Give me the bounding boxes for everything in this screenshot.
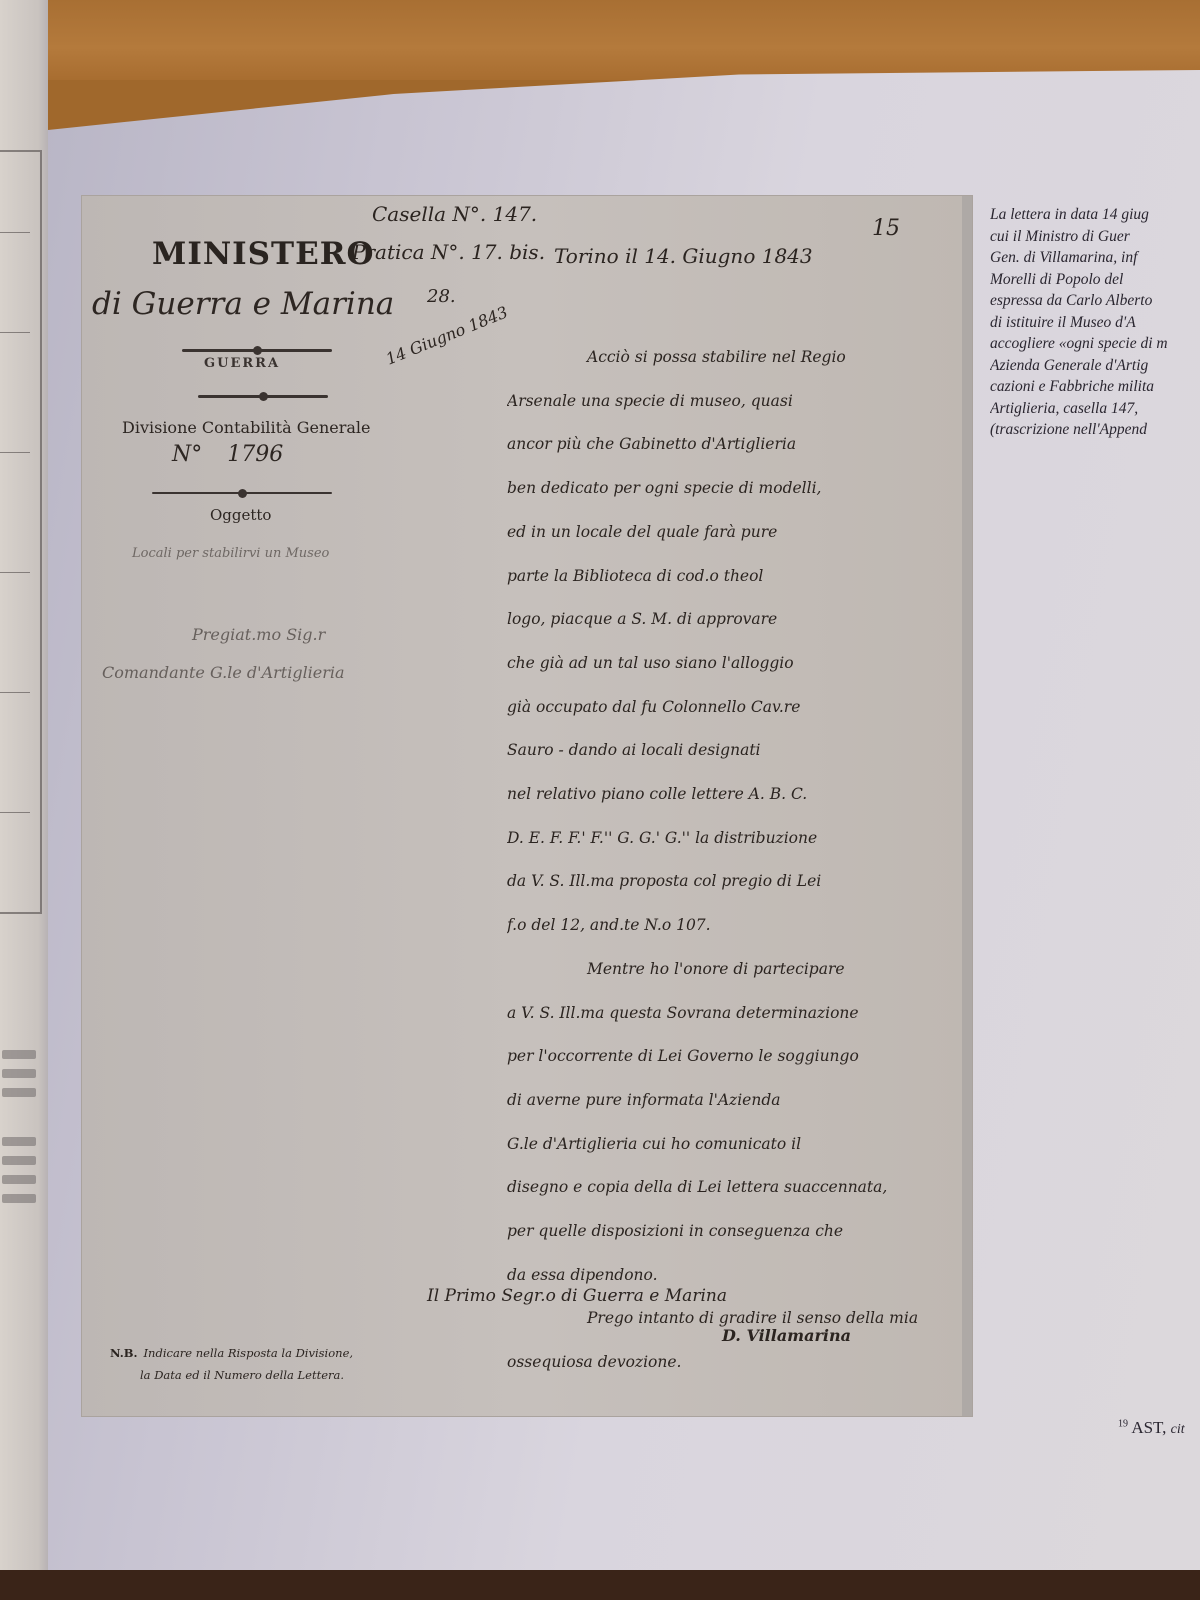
letterhead-title: MINISTERO (152, 236, 375, 272)
body-line: disegno e copia della di Lei lettera sua… (507, 1166, 947, 1210)
caption-line: La lettera in data 14 giug (990, 204, 1200, 226)
signature: D. Villamarina (722, 1326, 851, 1345)
page-mark: 15 (872, 216, 900, 241)
footnote-italic: cit (1171, 1422, 1185, 1437)
caption-line: di istituire il Museo d'A (990, 312, 1200, 334)
body-line: D. E. F. F.' F.'' G. G.' G.'' la distrib… (507, 817, 947, 861)
body-line: da V. S. Ill.ma proposta col pregio di L… (507, 860, 947, 904)
subject-label: Oggetto (210, 506, 271, 524)
caption-line: Gen. di Villamarina, inf (990, 247, 1200, 269)
letterhead-division: Divisione Contabilità Generale (122, 418, 371, 437)
body-line: che già ad un tal uso siano l'alloggio (507, 642, 947, 686)
footnote-text: AST, (1131, 1418, 1166, 1437)
number-label: N° (172, 442, 202, 467)
body-line: ben dedicato per ogni specie di modelli, (507, 467, 947, 511)
wooden-table-top (0, 0, 1200, 80)
subject-text: Locali per stabilirvi un Museo (132, 546, 329, 561)
body-line: a V. S. Ill.ma questa Sovrana determinaz… (507, 992, 947, 1036)
footnote: 19 AST, cit (1118, 1418, 1185, 1438)
figure-caption: La lettera in data 14 giug cui il Minist… (990, 204, 1200, 441)
footnote-number: 19 (1118, 1418, 1128, 1429)
annotation-number: 28. (427, 286, 456, 307)
body-line: f.o del 12, and.te N.o 107. (507, 904, 947, 948)
body-line: ancor più che Gabinetto d'Artiglieria (507, 423, 947, 467)
caption-line: Morelli di Popolo del (990, 269, 1200, 291)
addressee-line: Pregiat.mo Sig.r (102, 616, 345, 654)
body-line: ed in un locale del quale farà pure (507, 511, 947, 555)
body-line: per l'occorrente di Lei Governo le soggi… (507, 1035, 947, 1079)
caption-line: Artiglieria, casella 147, (990, 398, 1200, 420)
protocol-number: N° 1796 (172, 442, 283, 467)
letterhead-subtitle: di Guerra e Marina (92, 286, 394, 322)
ornament-divider (152, 492, 332, 494)
body-line: logo, piacque a S. M. di approvare (507, 598, 947, 642)
body-line: ossequiosa devozione. (507, 1341, 947, 1385)
body-line: di averne pure informata l'Azienda (507, 1079, 947, 1123)
number-value: 1796 (227, 442, 283, 467)
left-book-page (0, 0, 48, 1600)
caption-line: Azienda Generale d'Artig (990, 355, 1200, 377)
caption-line: cazioni e Fabbriche milita (990, 376, 1200, 398)
closing-title: Il Primo Segr.o di Guerra e Marina (427, 1286, 727, 1306)
table-edge-bottom (0, 1570, 1200, 1600)
paper-fold-edge (962, 196, 972, 1416)
left-page-text-fragments (2, 1040, 42, 1213)
letter-plate: MINISTERO di Guerra e Marina GUERRA Divi… (82, 196, 972, 1416)
letter-date: Torino il 14. Giugno 1843 (554, 244, 813, 268)
body-line: Acciò si possa stabilire nel Regio (507, 336, 947, 380)
nb-label: N.B. (110, 1346, 138, 1360)
caption-line: espressa da Carlo Alberto (990, 290, 1200, 312)
addressee-line: Comandante G.le d'Artiglieria (102, 654, 345, 692)
body-line: parte la Biblioteca di cod.o theol (507, 555, 947, 599)
ornament-divider (198, 395, 328, 398)
architectural-sketch (0, 150, 42, 914)
annotation-casella: Casella N°. 147. (372, 202, 537, 226)
caption-line: (trascrizione nell'Append (990, 419, 1200, 441)
annotation-date: 14 Giugno 1843 (383, 302, 510, 368)
nb-line: Indicare nella Risposta la Divisione, (144, 1346, 354, 1360)
body-line: G.le d'Artiglieria cui ho comunicato il (507, 1123, 947, 1167)
body-line: Arsenale una specie di museo, quasi (507, 380, 947, 424)
annotation-pratica: Pratica N°. 17. bis. (352, 240, 545, 264)
addressee: Pregiat.mo Sig.r Comandante G.le d'Artig… (102, 616, 345, 692)
ornament-divider (182, 349, 332, 352)
nota-bene: N.B.Indicare nella Risposta la Divisione… (110, 1342, 353, 1386)
letterhead-section: GUERRA (204, 356, 280, 371)
body-line: nel relativo piano colle lettere A. B. C… (507, 773, 947, 817)
nb-line: la Data ed il Numero della Lettera. (140, 1368, 344, 1382)
body-line: Sauro - dando ai locali designati (507, 729, 947, 773)
caption-line: cui il Ministro di Guer (990, 226, 1200, 248)
letter-body: Acciò si possa stabilire nel Regio Arsen… (507, 336, 947, 1385)
caption-line: accogliere «ogni specie di m (990, 333, 1200, 355)
body-line: Mentre ho l'onore di partecipare (507, 948, 947, 992)
body-line: già occupato dal fu Colonnello Cav.re (507, 686, 947, 730)
body-line: per quelle disposizioni in conseguenza c… (507, 1210, 947, 1254)
